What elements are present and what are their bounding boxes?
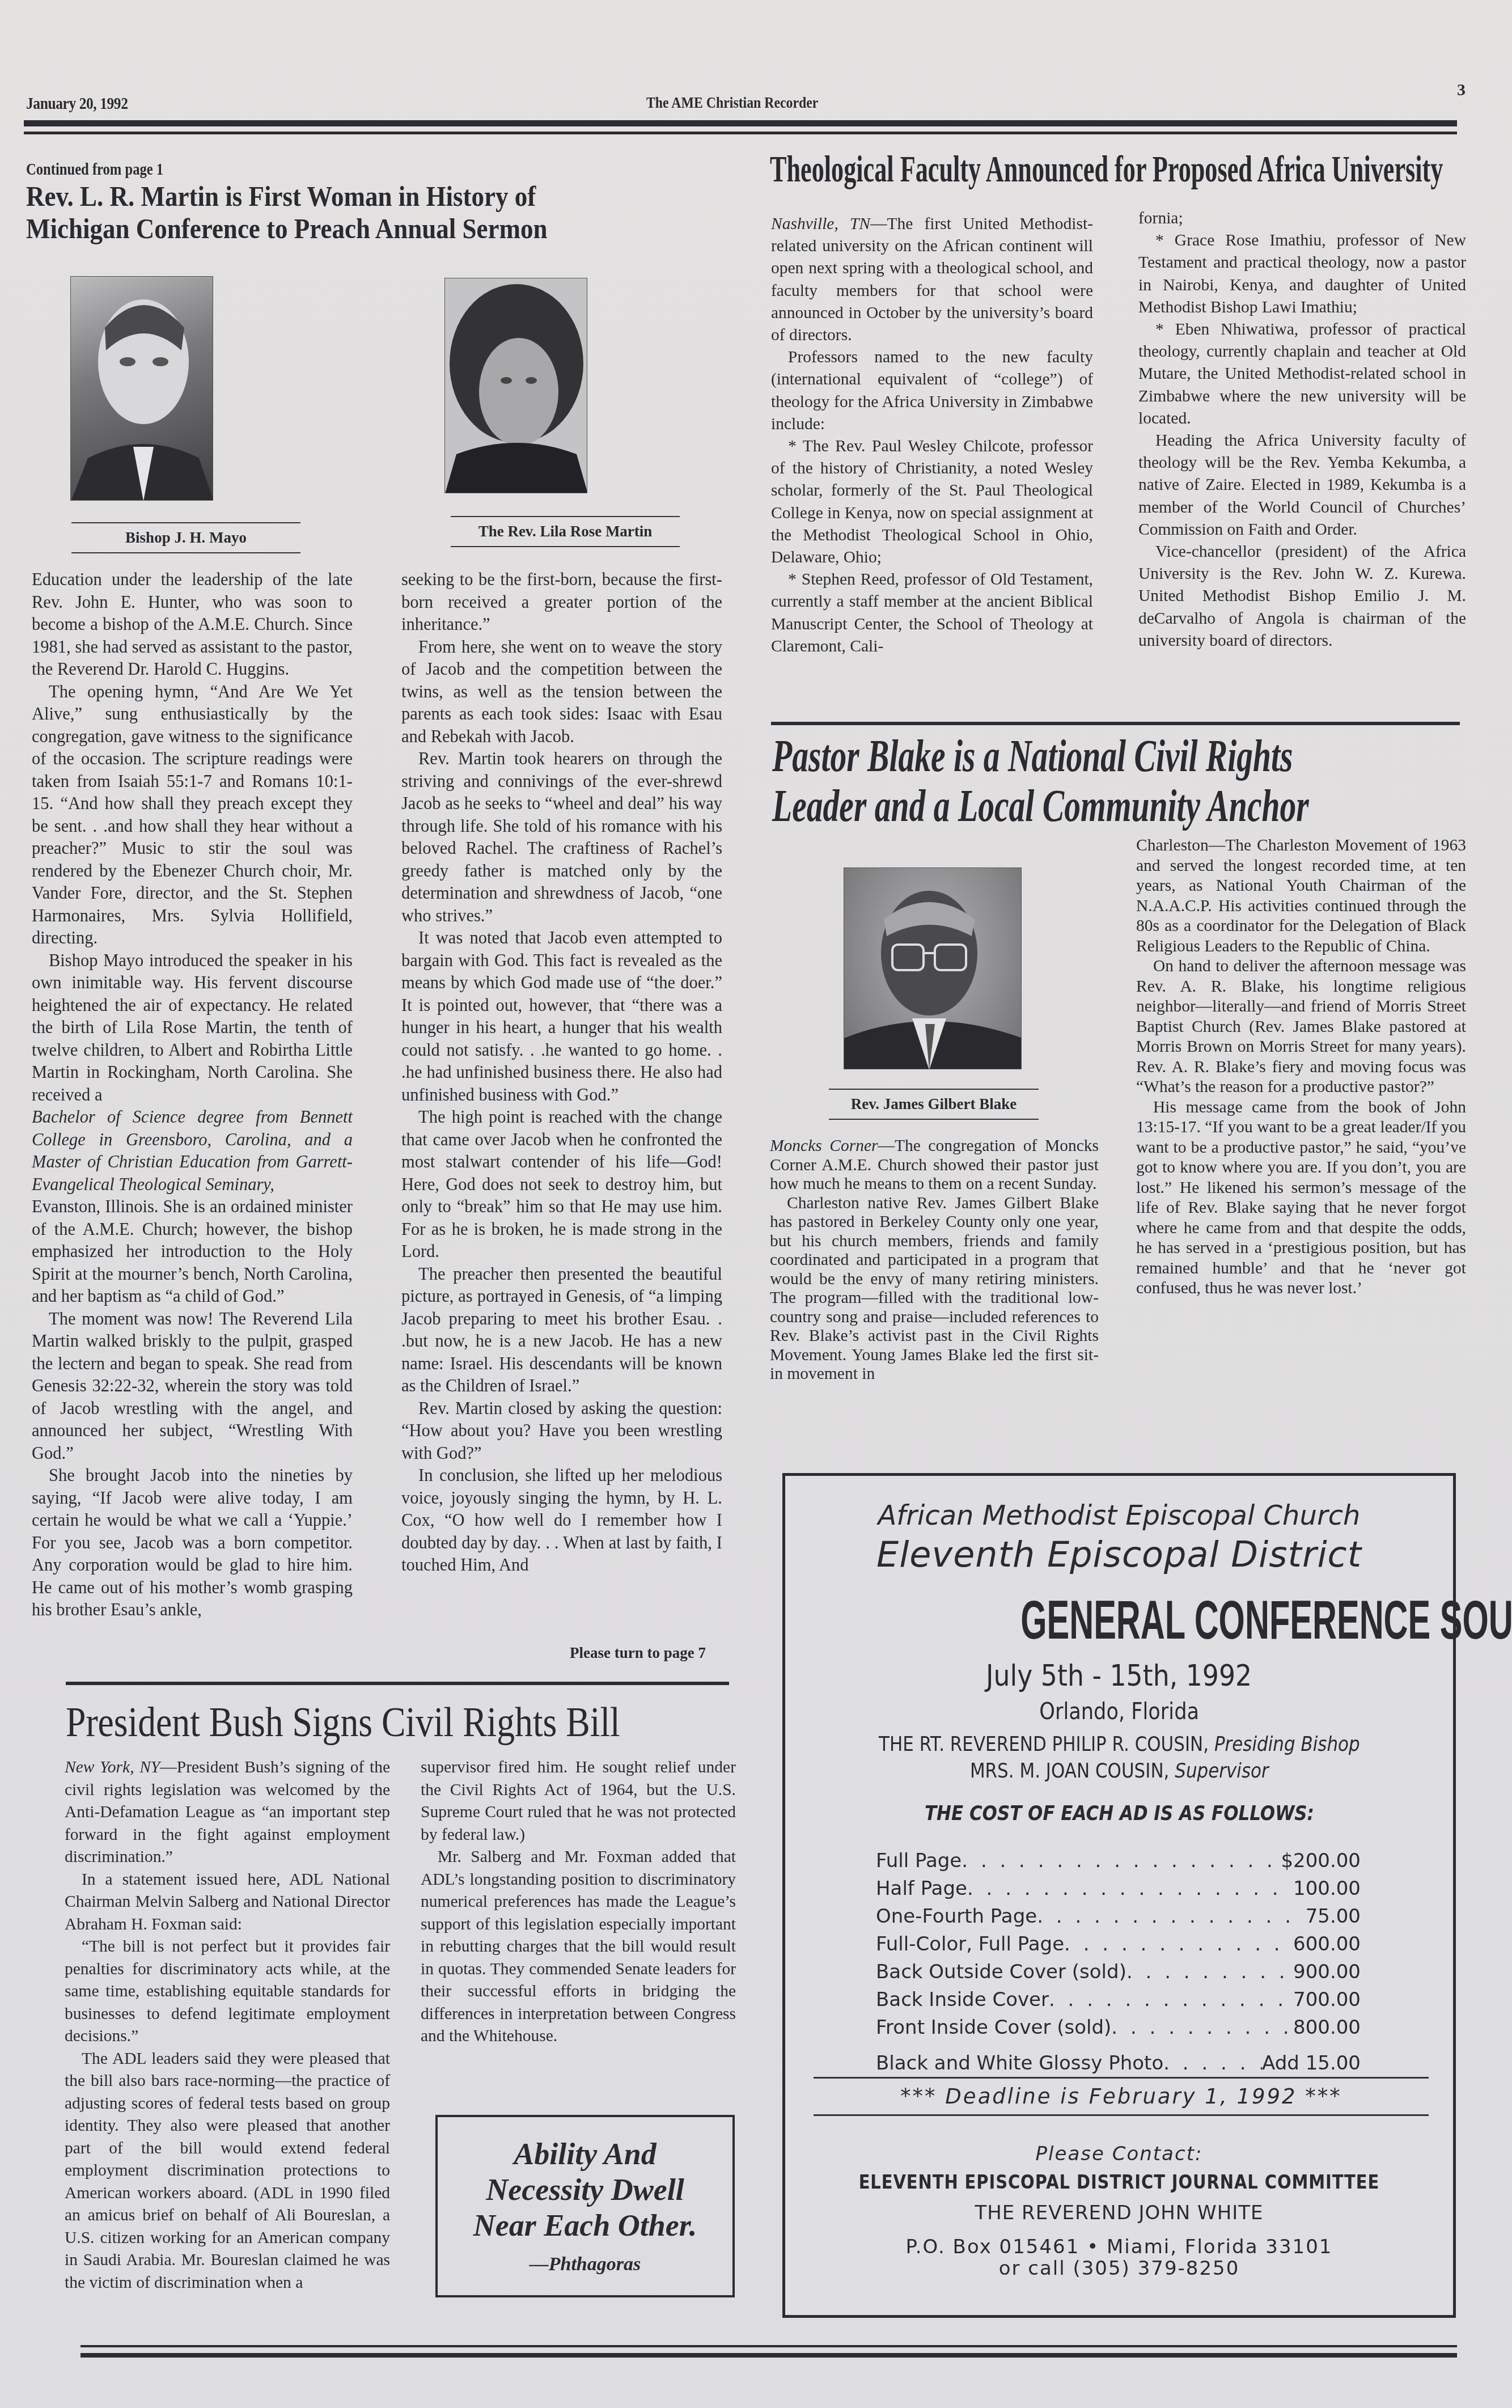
portrait-man-glasses-icon (844, 868, 1022, 1069)
paragraph: The ADL leaders said they were pleased t… (65, 2048, 390, 2295)
martin-headline: Rev. L. R. Martin is First Woman in Hist… (26, 180, 605, 245)
paragraph: Charleston native Rev. James Gilbert Bla… (770, 1194, 1099, 1384)
portrait-man-icon (71, 277, 213, 501)
paragraph: She brought Jacob into the nineties by s… (32, 1465, 353, 1622)
paragraph: Evanston, Illinois. She is an ordained m… (32, 1196, 353, 1308)
caption-bishop-mayo: Bishop J. H. Mayo (71, 522, 300, 553)
paragraph: The moment was now! The Reverend Lila Ma… (32, 1308, 353, 1465)
paragraph: His message came from the book of John 1… (1136, 1098, 1466, 1299)
ad-org-line1: African Methodist Episcopal Church (785, 1500, 1453, 1531)
ad-supervisor-line: MRS. M. JOAN COUSIN, Supervisor (785, 1759, 1453, 1783)
caption-lila-rose-martin: The Rev. Lila Rose Martin (451, 516, 680, 547)
paragraph: Rev. Martin took hearers on through the … (401, 748, 722, 927)
paragraph: * Stephen Reed, professor of Old Testame… (771, 569, 1093, 658)
souvenir-journal-ad: African Methodist Episcopal Church Eleve… (782, 1473, 1456, 2318)
blake-headline: Pastor Blake is a National Civil Rights … (772, 731, 1512, 831)
paragraph: “The bill is not perfect but it provides… (65, 1936, 390, 2048)
ad-cost-heading: THE COST OF EACH AD IS AS FOLLOWS: (785, 1802, 1453, 1825)
price-row: One-Fourth Page75.00 (876, 1903, 1361, 1931)
blake-column-2: Charleston—The Charleston Movement of 19… (1136, 836, 1466, 1299)
paragraph: Bishop Mayo introduced the speaker in hi… (32, 950, 353, 1107)
paragraph: * Eben Nhiwatiwa, professor of practical… (1138, 319, 1466, 430)
price-row-photo-addon: Black and White Glossy PhotoAdd 15.00 (876, 2050, 1361, 2077)
page-number: 3 (1457, 81, 1466, 100)
footer-rule-thin (81, 2345, 1457, 2347)
paragraph: In a statement issued here, ADL National… (65, 1869, 390, 1936)
issue-date: January 20, 1992 (26, 94, 128, 113)
section-divider (66, 1682, 729, 1685)
ad-location: Orlando, Florida (785, 1699, 1453, 1725)
paragraph: It was noted that Jacob even attempted t… (401, 927, 722, 1106)
publication-name: The AME Christian Recorder (646, 94, 818, 112)
jump-link-page-7[interactable]: Please turn to page 7 (570, 1644, 706, 1662)
ad-deadline: *** Deadline is February 1, 1992 *** (814, 2077, 1429, 2116)
price-row: Full-Color, Full Page600.00 (876, 1931, 1361, 1958)
paragraph: Bachelor of Science degree from Bennett … (32, 1106, 353, 1196)
ad-contact-person: THE REVEREND JOHN WHITE (785, 2202, 1453, 2224)
faculty-headline: Theological Faculty Announced for Propos… (770, 149, 1512, 191)
paragraph: On hand to deliver the afternoon message… (1136, 957, 1466, 1098)
quote-box: Ability And Necessity Dwell Near Each Ot… (435, 2115, 735, 2297)
quote-attribution: —Phthagoras (438, 2254, 732, 2275)
bush-column-2: supervisor fired him. He sought relief u… (421, 1757, 736, 2048)
portrait-woman-icon (445, 278, 587, 493)
continued-label: Continued from page 1 (26, 160, 193, 179)
paragraph: Professors named to the new faculty (int… (771, 346, 1093, 435)
ad-committee: ELEVENTH EPISCOPAL DISTRICT JOURNAL COMM… (785, 2171, 1453, 2193)
ad-phone: or call (305) 379-8250 (785, 2257, 1453, 2280)
blake-column-1: Moncks Corner—The congregation of Moncks… (770, 1137, 1099, 1384)
newspaper-page: January 20, 1992 The AME Christian Recor… (0, 0, 1512, 2408)
dateline: Moncks Corner (770, 1137, 878, 1155)
faculty-column-1: Nashville, TN—The first United Methodist… (771, 213, 1093, 658)
price-row: Back Inside Cover700.00 (876, 1986, 1361, 2014)
paragraph: The high point is reached with the chang… (401, 1106, 722, 1263)
caption-james-gilbert-blake: Rev. James Gilbert Blake (829, 1089, 1039, 1120)
footer-rule-thick (81, 2353, 1457, 2358)
paragraph: fornia; (1138, 208, 1466, 230)
masthead-rule-thick (24, 120, 1457, 126)
paragraph: Education under the leadership of the la… (32, 569, 353, 681)
ad-org-line2: Eleventh Episcopal District (785, 1534, 1453, 1575)
paragraph: Rev. Martin closed by asking the questio… (401, 1398, 722, 1465)
paragraph: * Grace Rose Imathiu, professor of New T… (1138, 230, 1466, 319)
dateline: New York, NY (65, 1758, 160, 1776)
paragraph: —The first United Methodist-related univ… (771, 215, 1093, 344)
price-row: Back Outside Cover (sold)900.00 (876, 1958, 1361, 1986)
paragraph: The opening hymn, “And Are We Yet Alive,… (32, 681, 353, 950)
photo-james-gilbert-blake (844, 867, 1022, 1069)
faculty-column-2: fornia; * Grace Rose Imathiu, professor … (1138, 208, 1466, 652)
paragraph: Vice-chancellor (president) of the Afric… (1138, 541, 1466, 652)
paragraph: Charleston—The Charleston Movement of 19… (1136, 836, 1466, 957)
paragraph: From here, she went on to weave the stor… (401, 636, 722, 748)
ad-price-list: Full Page$200.00 Half Page100.00 One-Fou… (876, 1847, 1361, 2077)
quote-text: Ability And Necessity Dwell Near Each Ot… (438, 2136, 732, 2244)
bush-column-1: New York, NY—President Bush’s signing of… (65, 1757, 390, 2294)
paragraph: In conclusion, she lifted up her melodio… (401, 1465, 722, 1577)
section-divider (771, 722, 1460, 725)
price-row: Front Inside Cover (sold)800.00 (876, 2014, 1361, 2042)
ad-bishop-line: THE RT. REVEREND PHILIP R. COUSIN, Presi… (785, 1733, 1453, 1756)
ad-dates: July 5th - 15th, 1992 (785, 1659, 1453, 1693)
paragraph: supervisor fired him. He sought relief u… (421, 1757, 736, 1846)
price-row: Full Page$200.00 (876, 1847, 1361, 1875)
dateline: Nashville, TN (771, 215, 870, 233)
bush-headline: President Bush Signs Civil Rights Bill (66, 1700, 710, 1745)
paragraph: The preacher then presented the beautifu… (401, 1263, 722, 1398)
photo-lila-rose-martin (444, 278, 587, 493)
paragraph: Heading the Africa University faculty of… (1138, 430, 1466, 541)
paragraph: seeking to be the first-born, because th… (401, 569, 722, 636)
photo-bishop-mayo (70, 276, 213, 501)
ad-title: GENERAL CONFERENCE SOUVENIR JOURNAL (785, 1592, 1453, 1649)
martin-column-1: Education under the leadership of the la… (32, 569, 353, 1622)
paragraph: * The Rev. Paul Wesley Chilcote, profess… (771, 435, 1093, 569)
ad-address: P.O. Box 015461 • Miami, Florida 33101 (785, 2236, 1453, 2258)
paragraph: Mr. Salberg and Mr. Foxman added that AD… (421, 1846, 736, 2048)
ad-contact-label: Please Contact: (785, 2143, 1453, 2165)
martin-column-2: seeking to be the first-born, because th… (401, 569, 722, 1577)
masthead-rule-thin (24, 132, 1457, 134)
price-row: Half Page100.00 (876, 1875, 1361, 1903)
